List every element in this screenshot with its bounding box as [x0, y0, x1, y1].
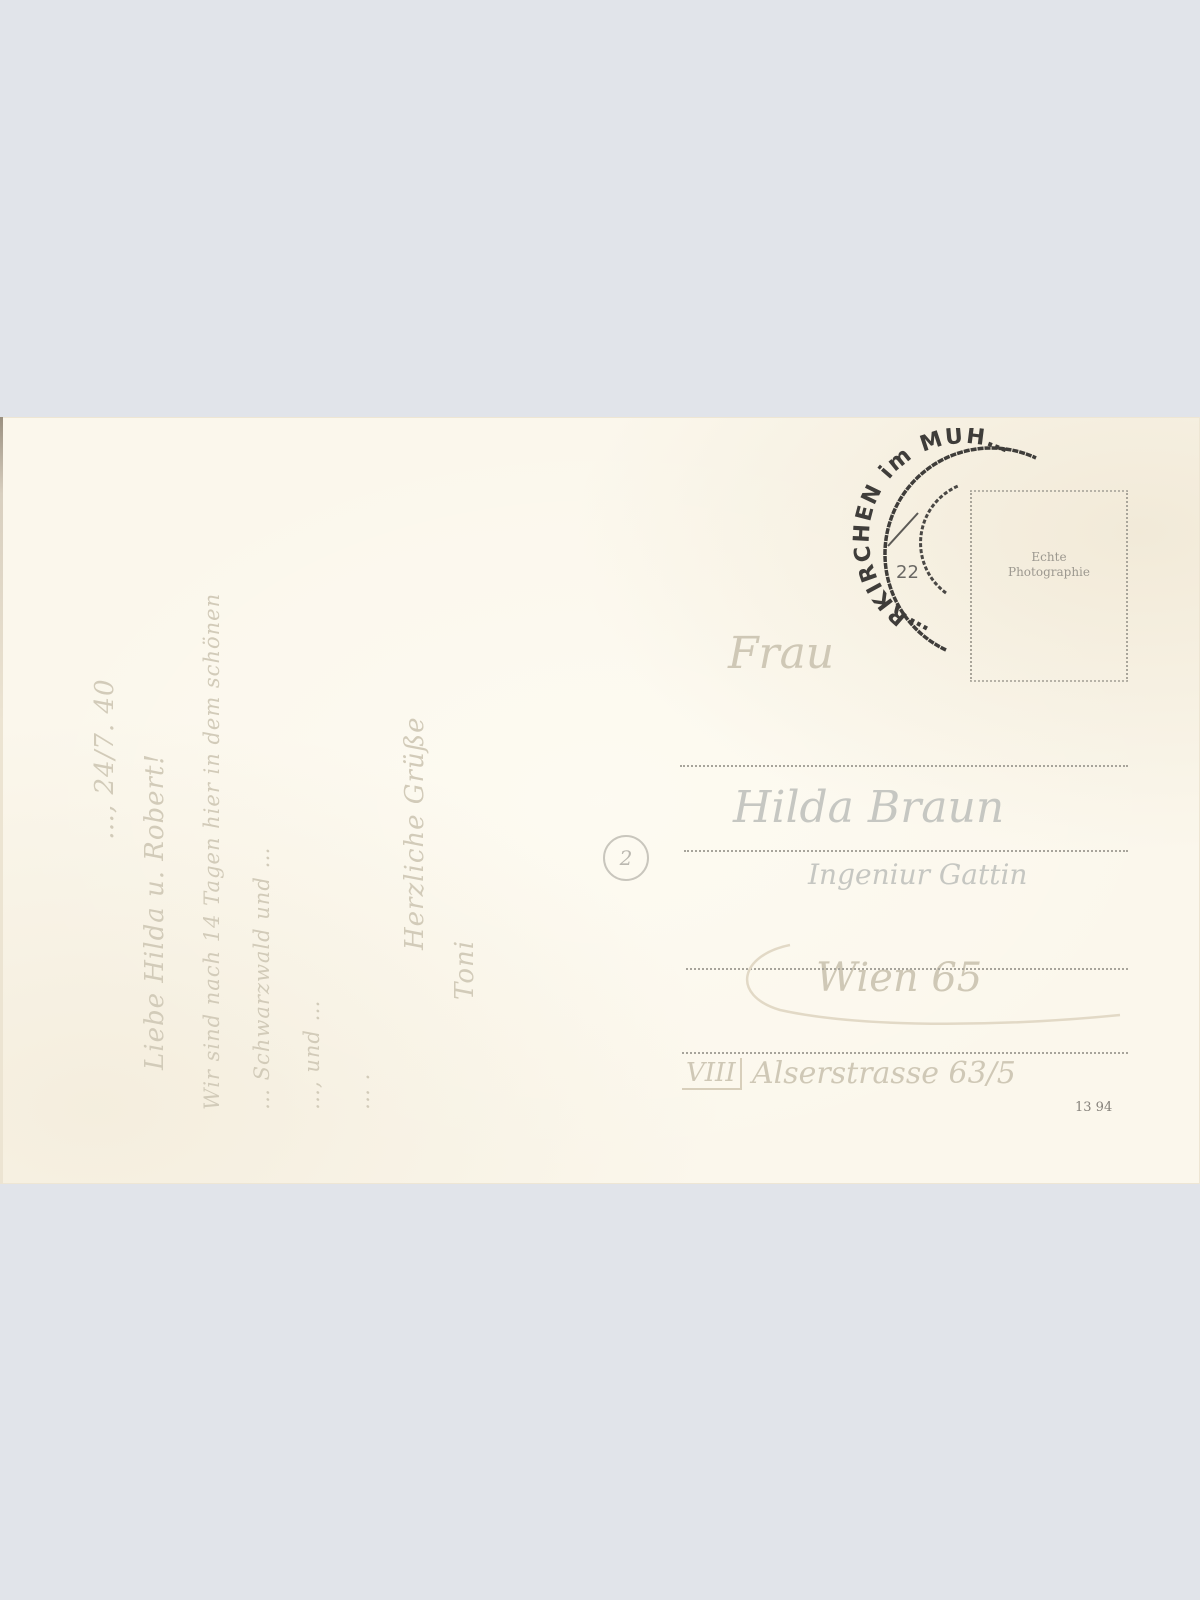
- message-date: …, 24/7. 40: [90, 678, 120, 840]
- message-signature: Toni: [450, 940, 480, 1000]
- address-name: Hilda Braun: [733, 782, 1004, 833]
- stamp-placeholder-box: Echte Photographie: [970, 490, 1128, 682]
- address-line-divider: [684, 850, 1128, 852]
- address-line-divider: [680, 765, 1128, 767]
- address-line-divider: [682, 1052, 1128, 1054]
- message-line: …, und …: [300, 999, 324, 1110]
- message-line: Wir sind nach 14 Tagen hier in dem schön…: [200, 593, 224, 1110]
- underline-flourish-icon: [720, 935, 1130, 1035]
- handwritten-message: …, 24/7. 40 Liebe Hilda u. Robert! Wir s…: [60, 470, 490, 1110]
- stamp-label-line1: Echte: [972, 550, 1126, 565]
- svg-text:22: 22: [896, 562, 919, 583]
- address-salutation: Frau: [728, 628, 834, 679]
- reference-number: 13 94: [1075, 1100, 1112, 1115]
- address-street: Alserstrasse 63/5: [752, 1056, 1016, 1091]
- message-greeting: Liebe Hilda u. Robert!: [140, 753, 170, 1070]
- circled-number: 2: [603, 835, 649, 881]
- address-line2: Ingeniur Gattin: [808, 858, 1027, 891]
- message-line: … Schwarzwald und …: [250, 847, 274, 1110]
- message-line: … .: [350, 1073, 374, 1110]
- stamp-label-line2: Photographie: [972, 565, 1126, 580]
- address-district: VIII: [682, 1058, 742, 1090]
- message-closing: Herzliche Grüße: [400, 717, 430, 950]
